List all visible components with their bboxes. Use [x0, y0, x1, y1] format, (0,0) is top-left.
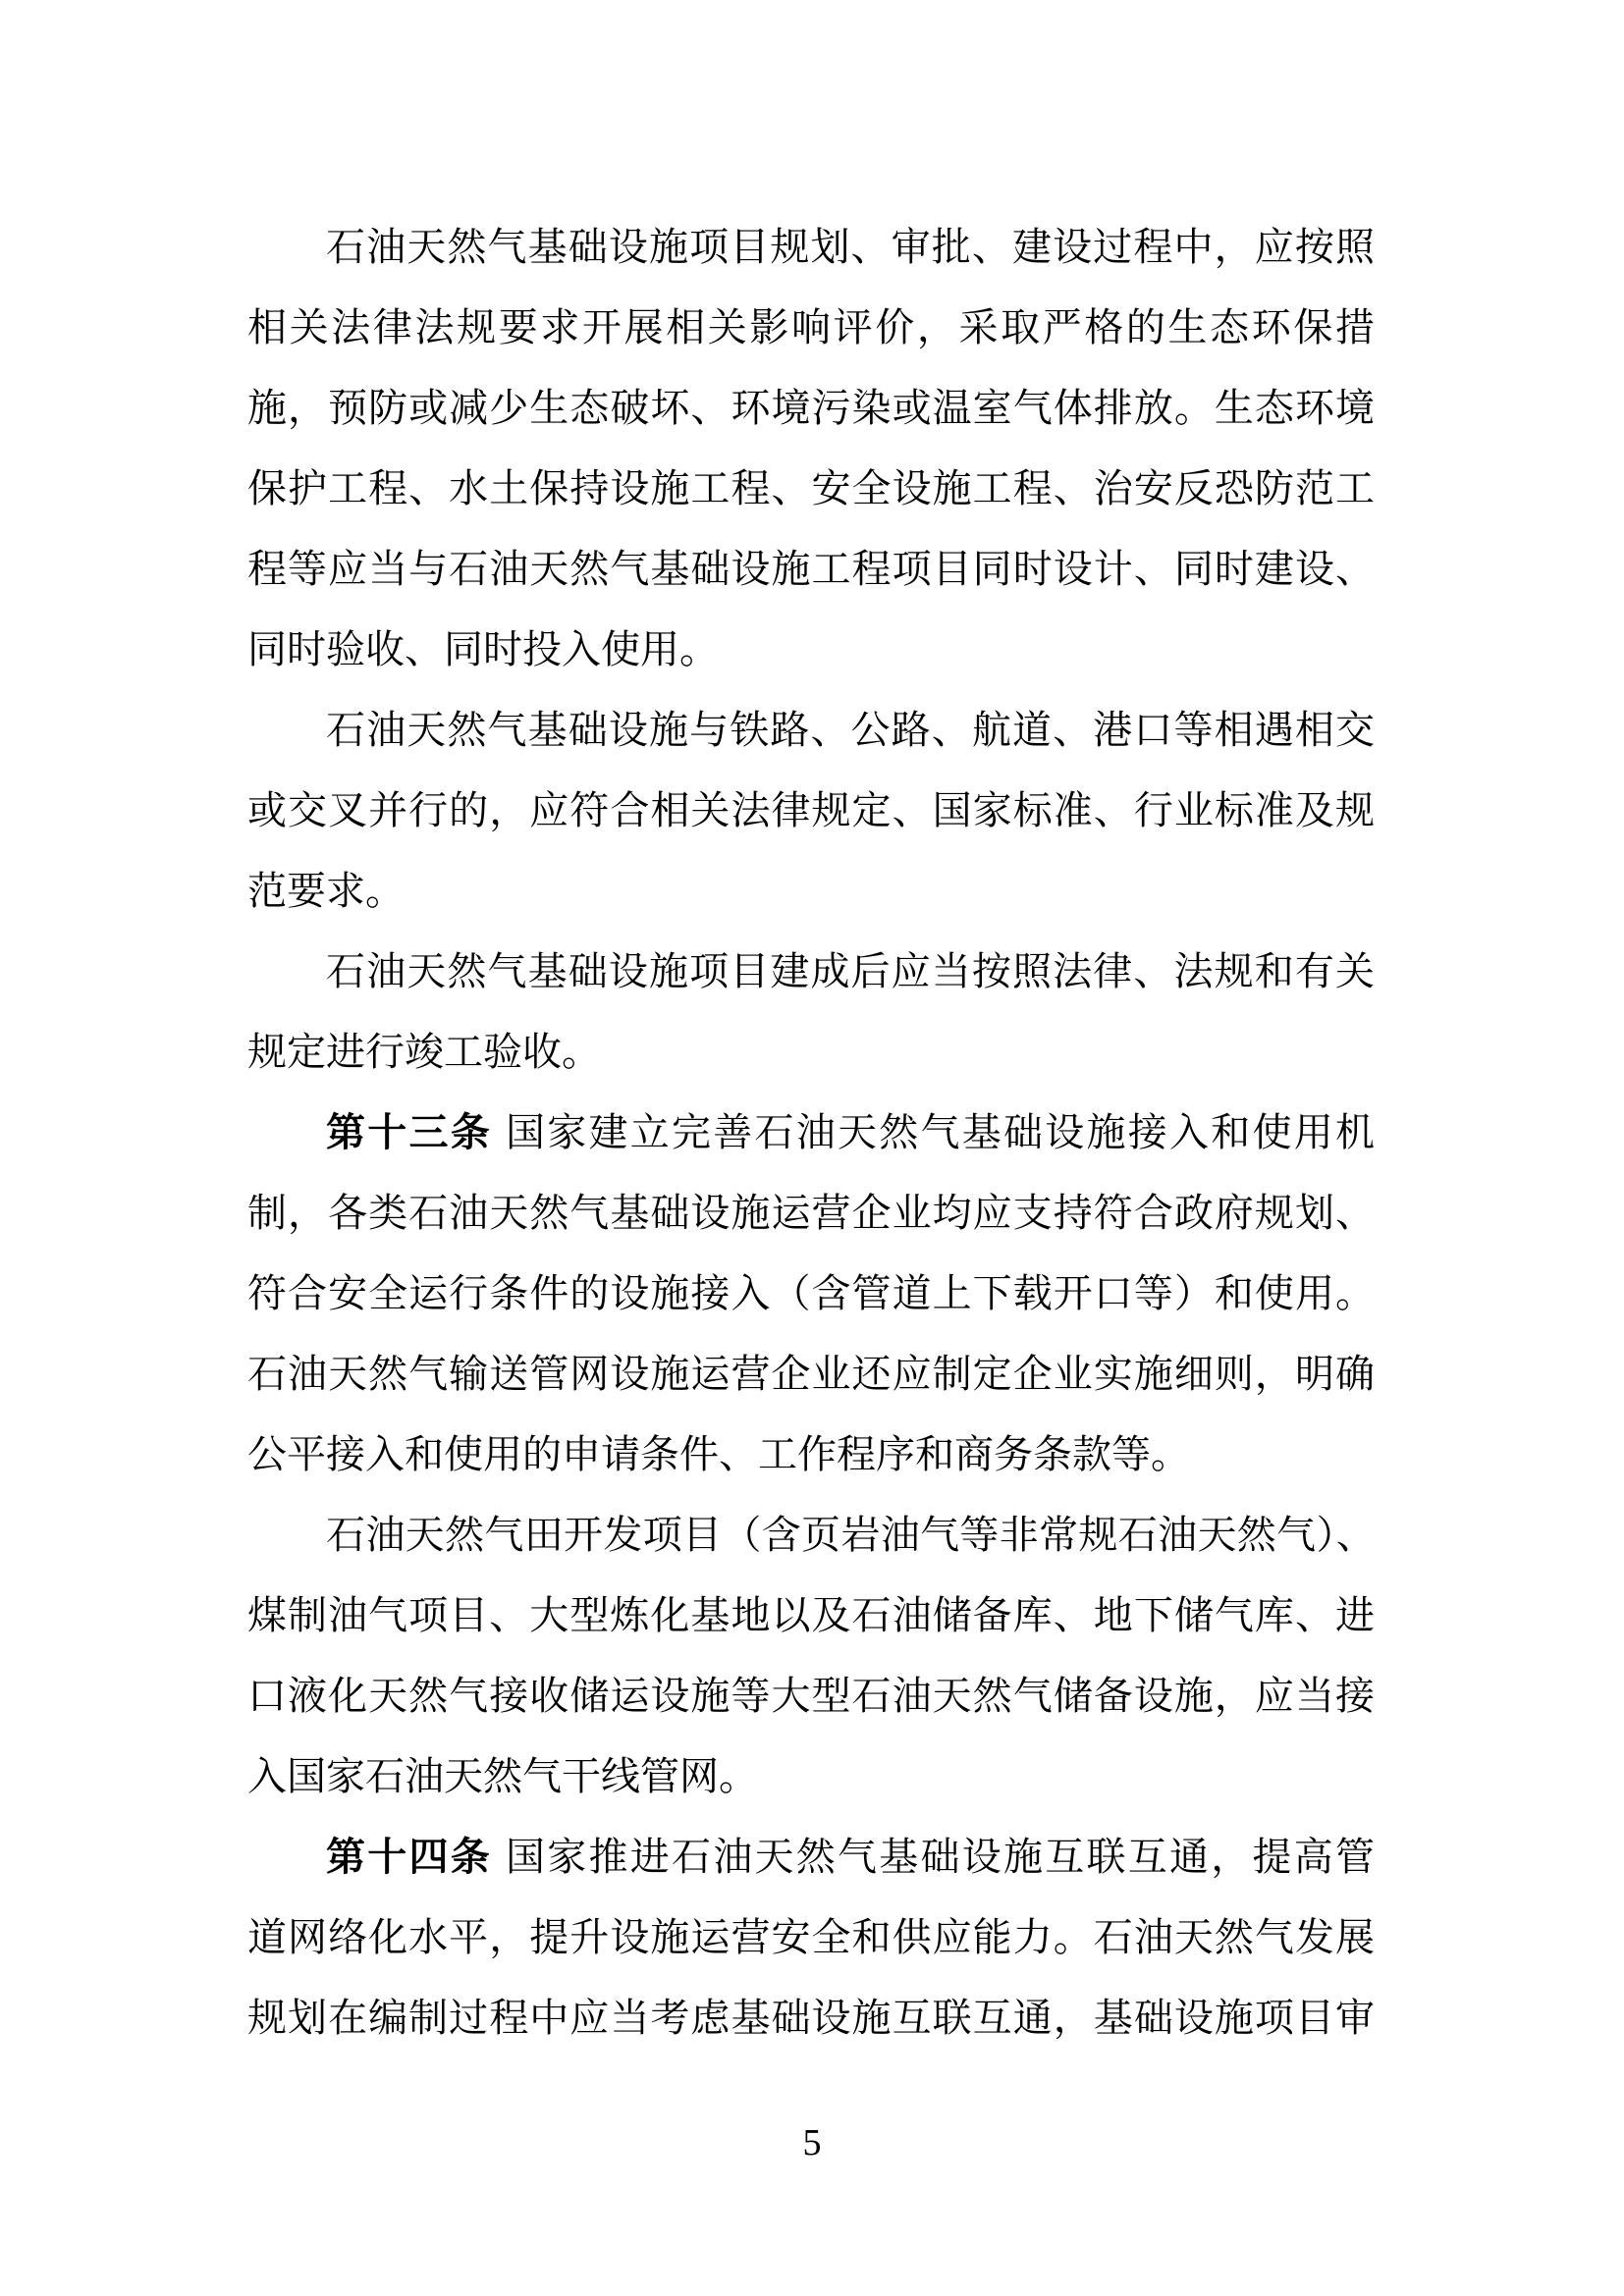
line-text: 符合安全运行条件的设施接入（含管道上下载开口等）和使用。	[247, 1271, 1375, 1315]
line-text: 施，预防或减少生态破坏、环境污染或温室气体排放。生态环境	[247, 386, 1375, 430]
text-line: 同时验收、同时投入使用。	[247, 610, 1375, 690]
text-line: 规划在编制过程中应当考虑基础设施互联互通，基础设施项目审	[247, 1978, 1375, 2058]
line-text: 道网络化水平，提升设施运营安全和供应能力。石油天然气发展	[247, 1915, 1375, 1959]
text-line: 石油天然气基础设施与铁路、公路、航道、港口等相遇相交	[247, 690, 1375, 771]
text-line: 或交叉并行的，应符合相关法律规定、国家标准、行业标准及规	[247, 771, 1375, 851]
text-line: 程等应当与石油天然气基础设施工程项目同时设计、同时建设、	[247, 529, 1375, 610]
line-text: 石油天然气田开发项目（含页岩油气等非常规石油天然气）、	[326, 1513, 1375, 1557]
text-line: 相关法律法规要求开展相关影响评价，采取严格的生态环保措	[247, 288, 1375, 368]
line-text: 石油天然气基础设施项目建成后应当按照法律、法规和有关	[326, 949, 1375, 993]
line-text: 程等应当与石油天然气基础设施工程项目同时设计、同时建设、	[247, 547, 1375, 591]
text-line: 道网络化水平，提升设施运营安全和供应能力。石油天然气发展	[247, 1897, 1375, 1978]
text-line: 公平接入和使用的申请条件、工作程序和商务条款等。	[247, 1415, 1375, 1495]
text-line: 口液化天然气接收储运设施等大型石油天然气储备设施，应当接	[247, 1656, 1375, 1736]
page-number: 5	[0, 2120, 1624, 2165]
text-line: 第十四条国家推进石油天然气基础设施互联互通，提高管	[247, 1817, 1375, 1897]
text-line: 施，预防或减少生态破坏、环境污染或温室气体排放。生态环境	[247, 368, 1375, 449]
line-text: 煤制油气项目、大型炼化基地以及石油储备库、地下储气库、进	[247, 1593, 1375, 1637]
line-text: 规划在编制过程中应当考虑基础设施互联互通，基础设施项目审	[247, 1996, 1375, 2040]
document-page: 石油天然气基础设施项目规划、审批、建设过程中，应按照 相关法律法规要求开展相关影…	[0, 0, 1624, 2296]
line-text: 相关法律法规要求开展相关影响评价，采取严格的生态环保措	[247, 305, 1375, 349]
line-text: 同时验收、同时投入使用。	[247, 627, 719, 671]
line-text: 公平接入和使用的申请条件、工作程序和商务条款等。	[247, 1432, 1190, 1476]
text-line: 规定进行竣工验收。	[247, 1012, 1375, 1093]
text-line: 入国家石油天然气干线管网。	[247, 1736, 1375, 1817]
text-line: 煤制油气项目、大型炼化基地以及石油储备库、地下储气库、进	[247, 1575, 1375, 1656]
line-text: 国家推进石油天然气基础设施互联互通，提高管	[506, 1835, 1375, 1879]
article-13-label: 第十三条	[326, 1111, 492, 1154]
text-line: 第十三条国家建立完善石油天然气基础设施接入和使用机	[247, 1093, 1375, 1173]
document-body: 石油天然气基础设施项目规划、审批、建设过程中，应按照 相关法律法规要求开展相关影…	[247, 207, 1375, 2058]
text-line: 石油天然气基础设施项目规划、审批、建设过程中，应按照	[247, 207, 1375, 288]
line-text: 或交叉并行的，应符合相关法律规定、国家标准、行业标准及规	[247, 788, 1375, 832]
line-text: 范要求。	[247, 869, 405, 913]
text-line: 石油天然气基础设施项目建成后应当按照法律、法规和有关	[247, 932, 1375, 1012]
line-text: 入国家石油天然气干线管网。	[247, 1754, 758, 1798]
line-text: 国家建立完善石油天然气基础设施接入和使用机	[506, 1110, 1375, 1154]
line-text: 石油天然气基础设施与铁路、公路、航道、港口等相遇相交	[326, 708, 1375, 752]
line-text: 口液化天然气接收储运设施等大型石油天然气储备设施，应当接	[247, 1674, 1375, 1718]
line-text: 制，各类石油天然气基础设施运营企业均应支持符合政府规划、	[247, 1191, 1375, 1235]
text-line: 制，各类石油天然气基础设施运营企业均应支持符合政府规划、	[247, 1173, 1375, 1254]
text-line: 石油天然气输送管网设施运营企业还应制定企业实施细则，明确	[247, 1334, 1375, 1415]
line-text: 规定进行竣工验收。	[247, 1030, 601, 1074]
text-line: 石油天然气田开发项目（含页岩油气等非常规石油天然气）、	[247, 1495, 1375, 1575]
text-line: 符合安全运行条件的设施接入（含管道上下载开口等）和使用。	[247, 1254, 1375, 1334]
article-14-label: 第十四条	[326, 1836, 492, 1879]
line-text: 保护工程、水土保持设施工程、安全设施工程、治安反恐防范工	[247, 466, 1375, 510]
line-text: 石油天然气基础设施项目规划、审批、建设过程中，应按照	[326, 225, 1375, 269]
text-line: 保护工程、水土保持设施工程、安全设施工程、治安反恐防范工	[247, 449, 1375, 529]
line-text: 石油天然气输送管网设施运营企业还应制定企业实施细则，明确	[247, 1352, 1375, 1396]
text-line: 范要求。	[247, 851, 1375, 932]
